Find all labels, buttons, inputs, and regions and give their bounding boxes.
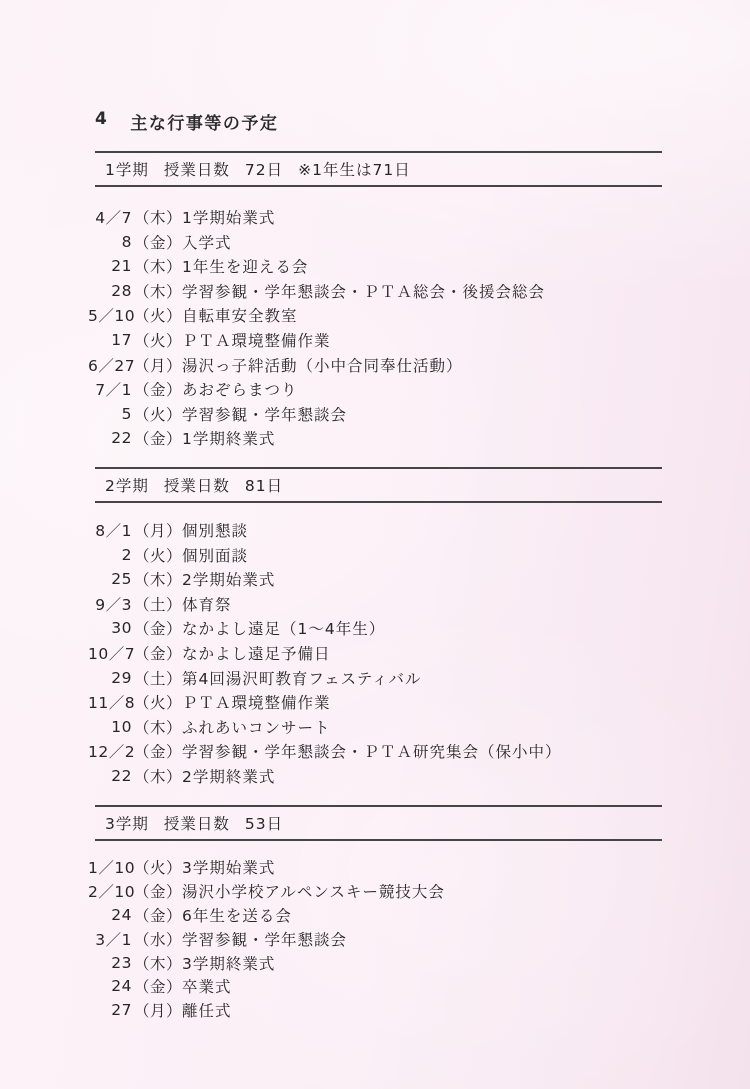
- weekday-cell: （金）: [134, 642, 180, 664]
- event-text: なかよし遠足予備日: [182, 642, 331, 664]
- schedule-row: 3／1（水）学習参観・学年懇談会: [88, 927, 710, 951]
- weekday-cell: （土）: [134, 667, 180, 689]
- event-text: 卒業式: [182, 975, 232, 997]
- event-text: 3学期終業式: [182, 952, 275, 974]
- weekday-cell: （木）: [134, 255, 180, 277]
- date-cell: 22: [88, 767, 132, 785]
- schedule-row: 24（金）卒業式: [88, 974, 710, 998]
- schedule-row: 21（木）1年生を迎える会: [88, 254, 710, 279]
- term1-header: 1学期 授業日数 72日 ※1年生は71日: [95, 151, 662, 187]
- date-cell: 29: [88, 669, 132, 687]
- date-cell: 21: [88, 257, 132, 275]
- schedule-row: 22（木）2学期終業式: [88, 763, 710, 788]
- weekday-cell: （月）: [134, 519, 180, 541]
- event-text: 2学期終業式: [182, 765, 275, 787]
- weekday-cell: （月）: [134, 354, 180, 376]
- weekday-cell: （月）: [134, 999, 180, 1021]
- date-cell: 7／1: [88, 378, 132, 400]
- event-text: ＰＴＡ環境整備作業: [182, 691, 331, 713]
- schedule-row: 8／1（月）個別懇談: [88, 518, 710, 543]
- schedule-row: 23（木）3学期終業式: [88, 951, 710, 975]
- date-cell: 23: [88, 954, 132, 972]
- schedule-row: 4／7（木）1学期始業式: [88, 205, 710, 230]
- weekday-cell: （金）: [134, 740, 180, 762]
- weekday-cell: （金）: [134, 904, 180, 926]
- date-cell: 17: [88, 331, 132, 349]
- date-cell: 6／27: [88, 354, 132, 376]
- weekday-cell: （木）: [134, 765, 180, 787]
- schedule-row: 11／8（火）ＰＴＡ環境整備作業: [88, 690, 710, 715]
- schedule-row: 6／27（月）湯沢っ子絆活動（小中合同奉仕活動）: [88, 352, 710, 377]
- weekday-cell: （金）: [134, 975, 180, 997]
- weekday-cell: （木）: [134, 716, 180, 738]
- term3-schedule: 1／10（火）3学期始業式2／10（金）湯沢小学校アルペンスキー競技大会24（金…: [88, 855, 710, 1022]
- weekday-cell: （金）: [134, 880, 180, 902]
- event-text: 1学期終業式: [182, 427, 275, 449]
- date-cell: 24: [88, 977, 132, 995]
- weekday-cell: （水）: [134, 928, 180, 950]
- schedule-row: 24（金）6年生を送る会: [88, 903, 710, 927]
- weekday-cell: （木）: [134, 206, 180, 228]
- date-cell: 9／3: [88, 593, 132, 615]
- date-cell: 11／8: [88, 691, 132, 713]
- term2-schedule: 8／1（月）個別懇談2（火）個別面談25（木）2学期始業式9／3（土）体育祭30…: [88, 518, 710, 788]
- event-text: 2学期始業式: [182, 568, 275, 590]
- event-text: 離任式: [182, 999, 232, 1021]
- schedule-row: 27（月）離任式: [88, 998, 710, 1022]
- date-cell: 22: [88, 429, 132, 447]
- term3-header: 3学期 授業日数 53日: [95, 805, 662, 841]
- date-cell: 3／1: [88, 928, 132, 950]
- event-text: 入学式: [182, 231, 232, 253]
- weekday-cell: （金）: [134, 427, 180, 449]
- event-text: 学習参観・学年懇談会: [182, 928, 347, 950]
- event-text: ふれあいコンサート: [182, 716, 331, 738]
- weekday-cell: （土）: [134, 593, 180, 615]
- schedule-row: 30（金）なかよし遠足（1～4年生）: [88, 616, 710, 641]
- term2-header: 2学期 授業日数 81日: [95, 467, 662, 503]
- date-cell: 5: [88, 405, 132, 423]
- event-text: 第4回湯沢町教育フェスティバル: [182, 667, 422, 689]
- event-text: 個別懇談: [182, 519, 248, 541]
- date-cell: 25: [88, 570, 132, 588]
- schedule-row: 1／10（火）3学期始業式: [88, 855, 710, 879]
- attendance-label: 授業日数: [164, 474, 230, 496]
- weekday-cell: （木）: [134, 568, 180, 590]
- schedule-row: 5／10（火）自転車安全教室: [88, 303, 710, 328]
- date-cell: 27: [88, 1001, 132, 1019]
- title-text: 主な行事等の予定: [130, 109, 278, 134]
- date-cell: 1／10: [88, 856, 132, 878]
- date-cell: 12／2: [88, 740, 132, 762]
- weekday-cell: （火）: [134, 304, 180, 326]
- event-text: 学習参観・学年懇談会・ＰＴＡ総会・後援会総会: [182, 280, 545, 302]
- schedule-row: 7／1（金）あおぞらまつり: [88, 377, 710, 402]
- schedule-row: 10／7（金）なかよし遠足予備日: [88, 641, 710, 666]
- date-cell: 2: [88, 546, 132, 564]
- term-label: 2学期: [105, 474, 149, 496]
- schedule-row: 9／3（土）体育祭: [88, 592, 710, 617]
- date-cell: 28: [88, 282, 132, 300]
- schedule-row: 29（土）第4回湯沢町教育フェスティバル: [88, 665, 710, 690]
- weekday-cell: （金）: [134, 231, 180, 253]
- term-label: 1学期: [105, 158, 149, 180]
- event-text: 湯沢小学校アルペンスキー競技大会: [182, 880, 445, 902]
- weekday-cell: （金）: [134, 617, 180, 639]
- attendance-label: 授業日数: [164, 812, 230, 834]
- event-text: 3学期始業式: [182, 856, 275, 878]
- date-cell: 10: [88, 718, 132, 736]
- event-text: 自転車安全教室: [182, 304, 298, 326]
- weekday-cell: （木）: [134, 952, 180, 974]
- schedule-row: 10（木）ふれあいコンサート: [88, 714, 710, 739]
- date-cell: 8／1: [88, 519, 132, 541]
- date-cell: 4／7: [88, 206, 132, 228]
- date-cell: 10／7: [88, 642, 132, 664]
- attendance-days: 72日: [245, 158, 283, 180]
- event-text: 湯沢っ子絆活動（小中合同奉仕活動）: [182, 354, 463, 376]
- event-text: ＰＴＡ環境整備作業: [182, 329, 331, 351]
- date-cell: 2／10: [88, 880, 132, 902]
- schedule-row: 2／10（金）湯沢小学校アルペンスキー競技大会: [88, 879, 710, 903]
- document-title: 4 主な行事等の予定: [95, 109, 278, 134]
- schedule-row: 8（金）入学式: [88, 230, 710, 255]
- attendance-note: ※1年生は71日: [298, 158, 411, 180]
- event-text: 学習参観・学年懇談会: [182, 403, 347, 425]
- schedule-row: 17（火）ＰＴＡ環境整備作業: [88, 328, 710, 353]
- weekday-cell: （火）: [134, 403, 180, 425]
- schedule-row: 25（木）2学期始業式: [88, 567, 710, 592]
- date-cell: 30: [88, 619, 132, 637]
- term-label: 3学期: [105, 812, 149, 834]
- attendance-days: 53日: [245, 812, 283, 834]
- event-text: 体育祭: [182, 593, 232, 615]
- event-text: 個別面談: [182, 544, 248, 566]
- schedule-row: 12／2（金）学習参観・学年懇談会・ＰＴＡ研究集会（保小中）: [88, 739, 710, 764]
- term1-schedule: 4／7（木）1学期始業式8（金）入学式21（木）1年生を迎える会28（木）学習参…: [88, 205, 710, 450]
- weekday-cell: （火）: [134, 329, 180, 351]
- schedule-row: 5（火）学習参観・学年懇談会: [88, 401, 710, 426]
- scanned-document-page: 4 主な行事等の予定 1学期 授業日数 72日 ※1年生は71日 4／7（木）1…: [0, 0, 750, 1089]
- date-cell: 5／10: [88, 304, 132, 326]
- schedule-row: 28（木）学習参観・学年懇談会・ＰＴＡ総会・後援会総会: [88, 279, 710, 304]
- weekday-cell: （火）: [134, 544, 180, 566]
- event-text: 6年生を送る会: [182, 904, 292, 926]
- title-number: 4: [95, 109, 108, 134]
- event-text: 学習参観・学年懇談会・ＰＴＡ研究集会（保小中）: [182, 740, 562, 762]
- event-text: なかよし遠足（1～4年生）: [182, 617, 385, 639]
- weekday-cell: （火）: [134, 691, 180, 713]
- event-text: あおぞらまつり: [182, 378, 298, 400]
- date-cell: 24: [88, 906, 132, 924]
- weekday-cell: （木）: [134, 280, 180, 302]
- weekday-cell: （金）: [134, 378, 180, 400]
- schedule-row: 22（金）1学期終業式: [88, 426, 710, 451]
- attendance-days: 81日: [245, 474, 283, 496]
- weekday-cell: （火）: [134, 856, 180, 878]
- event-text: 1年生を迎える会: [182, 255, 308, 277]
- attendance-label: 授業日数: [164, 158, 230, 180]
- date-cell: 8: [88, 233, 132, 251]
- schedule-row: 2（火）個別面談: [88, 543, 710, 568]
- event-text: 1学期始業式: [182, 206, 275, 228]
